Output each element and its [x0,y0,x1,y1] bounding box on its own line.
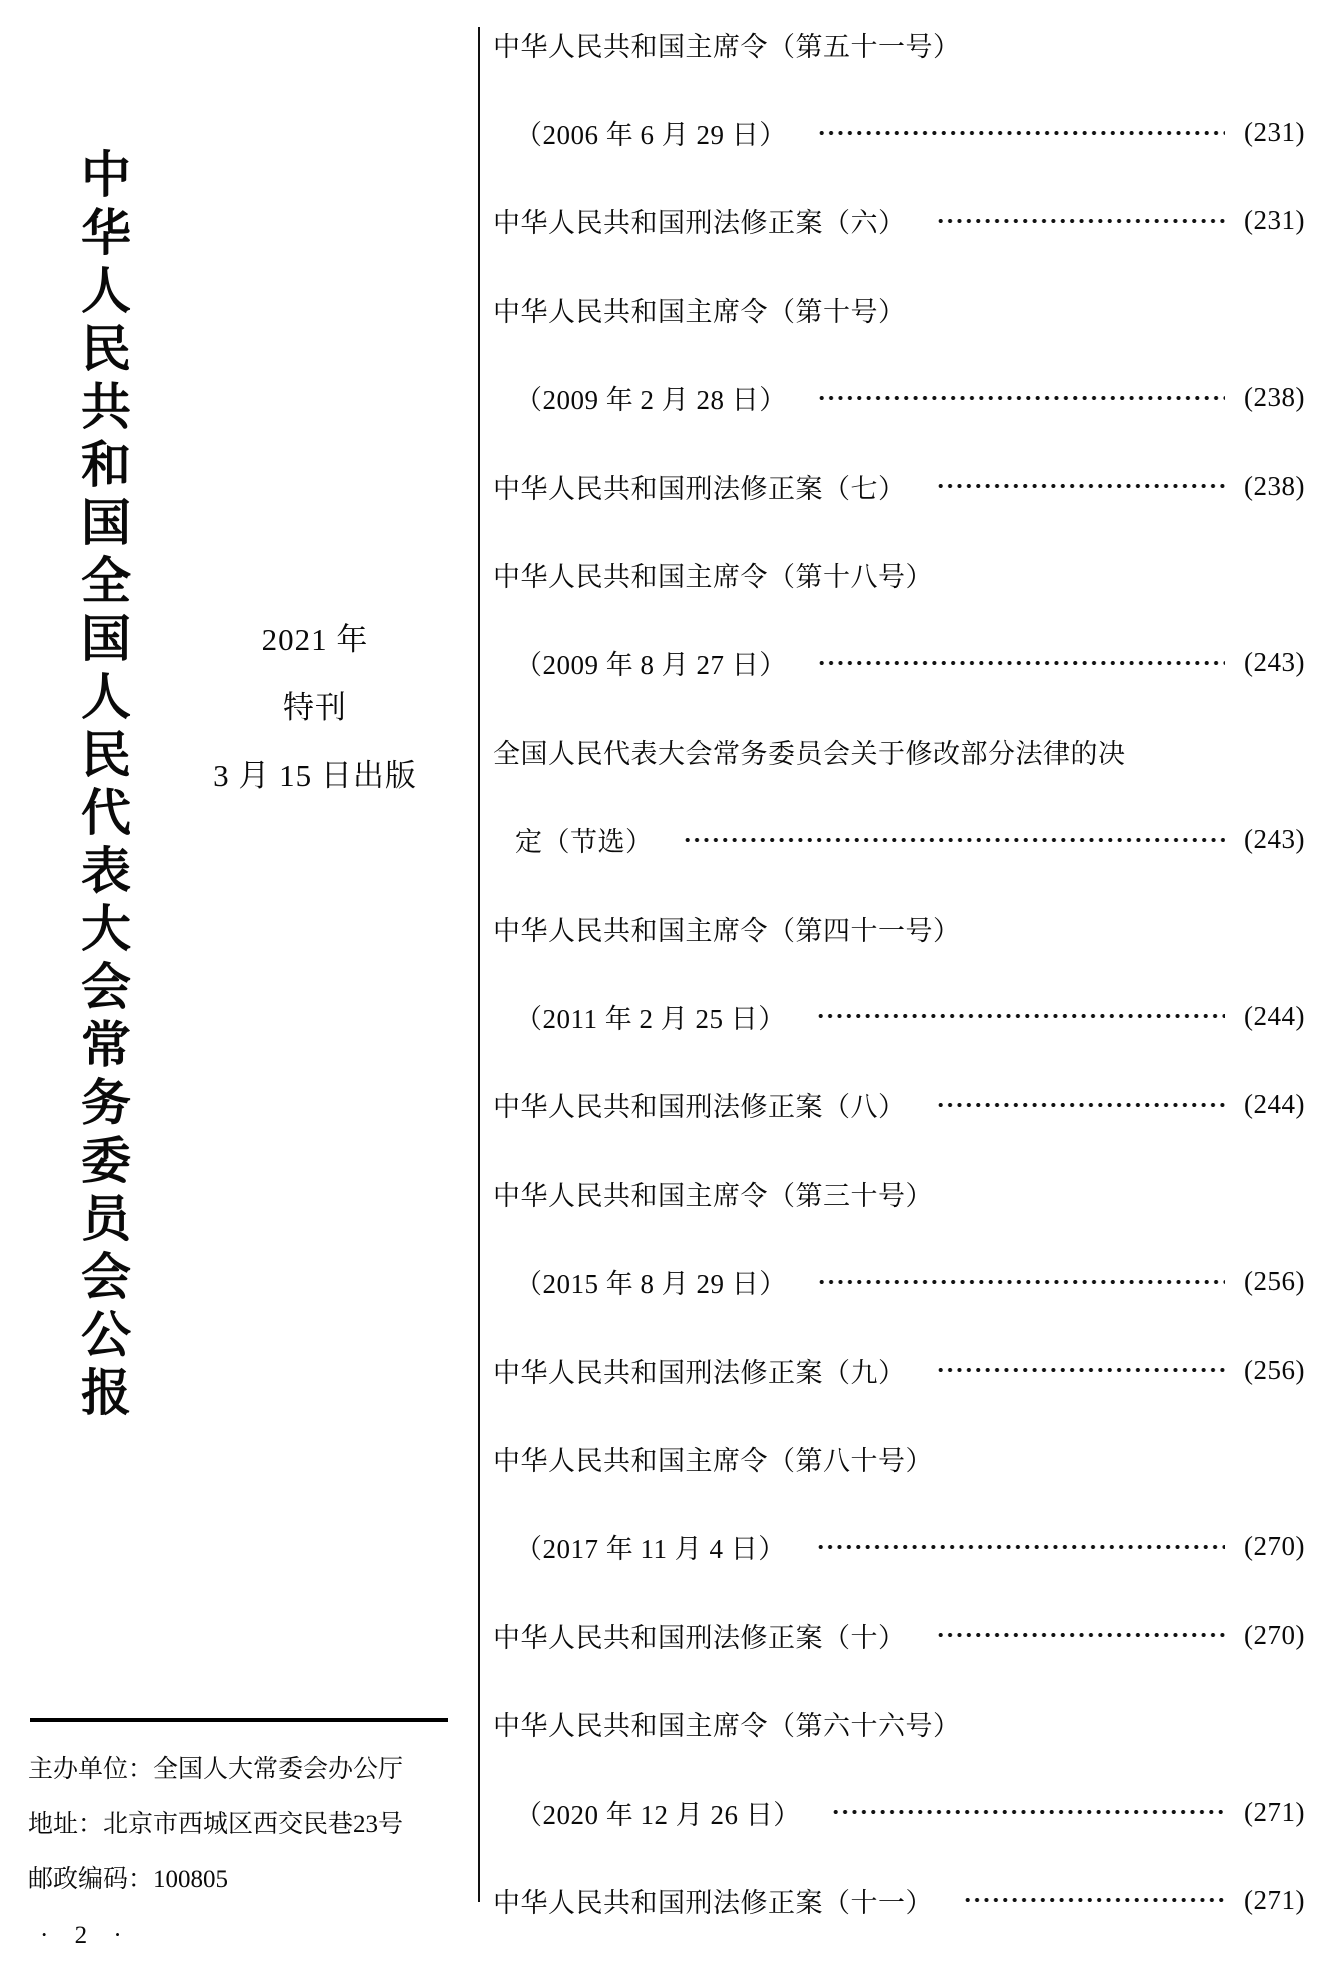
toc-entry-label: 中华人民共和国刑法修正案（十一） [493,1881,933,1920]
publisher-address: 地址：北京市西城区西交民巷23号 [28,1797,458,1852]
toc-entry-page: (270) [1239,1531,1305,1562]
toc-entry: （2009 年 8 月 27 日）(243) [493,619,1305,707]
toc-entry-page: (244) [1239,1089,1305,1120]
toc-entry-label: 中华人民共和国主席令（第十八号） [493,555,933,594]
toc-entry-page: (231) [1239,205,1305,236]
toc-entry-label: （2006 年 6 月 29 日） [515,113,787,152]
toc-entry: 中华人民共和国主席令（第六十六号） [493,1679,1305,1767]
toc-entry-label: 中华人民共和国主席令（第四十一号） [493,909,961,948]
issue-block: 2021 年 特刊 3 月 15 日出版 [190,606,440,810]
toc-entry-label: （2011 年 2 月 25 日） [515,997,786,1036]
issue-name: 特刊 [190,674,440,742]
publisher-block: 主办单位：全国人大常委会办公厅 地址：北京市西城区西交民巷23号 邮政编码：10… [28,1742,458,1907]
toc-entry-label: 中华人民共和国主席令（第五十一号） [493,25,961,64]
toc-entry-page: (243) [1239,647,1305,678]
toc-entry-label: （2020 年 12 月 26 日） [515,1793,801,1832]
toc-entry-page: (243) [1239,824,1305,855]
toc-entry-label: （2017 年 11 月 4 日） [515,1527,786,1566]
page-number: · 2 · [40,1922,132,1950]
toc-entry: （2017 年 11 月 4 日）(270) [493,1503,1305,1591]
dotted-leader [817,1279,1225,1285]
column-divider-line [478,27,480,1902]
toc-entry: 中华人民共和国主席令（第三十号） [493,1149,1305,1237]
dotted-leader [817,660,1225,666]
toc-entry-page: (231) [1239,117,1305,148]
dotted-leader [936,483,1226,489]
toc-entry: （2009 年 2 月 28 日）(238) [493,354,1305,442]
toc-entry-label: 中华人民共和国主席令（第十号） [493,290,906,329]
toc-entry: （2006 年 6 月 29 日）(231) [493,88,1305,176]
toc-entry-page: (244) [1239,1001,1305,1032]
dotted-leader [816,1013,1225,1019]
toc-list: 中华人民共和国主席令（第五十一号）（2006 年 6 月 29 日）(231)中… [493,0,1305,1945]
toc-entry-page: (270) [1239,1620,1305,1651]
toc-entry: （2015 年 8 月 29 日）(256) [493,1237,1305,1325]
dotted-leader [816,1544,1225,1550]
toc-entry: 定（节选）(243) [493,796,1305,884]
toc-entry: 中华人民共和国主席令（第八十号） [493,1414,1305,1502]
toc-entry: 中华人民共和国主席令（第四十一号） [493,884,1305,972]
toc-entry-label: （2015 年 8 月 29 日） [515,1262,787,1301]
dotted-leader [817,130,1225,136]
toc-entry-page: (238) [1239,471,1305,502]
toc-entry-label: 中华人民共和国刑法修正案（六） [493,201,906,240]
toc-entry-label: （2009 年 8 月 27 日） [515,643,787,682]
dotted-leader [817,395,1225,401]
toc-entry-page: (256) [1239,1266,1305,1297]
gazette-page: 中华人民共和国全国人民代表大会常务委员会公报 2021 年 特刊 3 月 15 … [0,0,1335,1983]
toc-entry-label: 全国人民代表大会常务委员会关于修改部分法律的决 [493,732,1126,771]
toc-entry-label: 中华人民共和国刑法修正案（十） [493,1616,906,1655]
dotted-leader [936,1632,1226,1638]
toc-entry-label: 中华人民共和国主席令（第六十六号） [493,1704,961,1743]
dotted-leader [831,1809,1225,1815]
toc-entry: 中华人民共和国刑法修正案（七）(238) [493,442,1305,530]
toc-entry: 全国人民代表大会常务委员会关于修改部分法律的决 [493,707,1305,795]
toc-entry: 中华人民共和国主席令（第十号） [493,265,1305,353]
toc-entry-page: (271) [1239,1797,1305,1828]
toc-entry-label: 中华人民共和国主席令（第三十号） [493,1174,933,1213]
dotted-leader [963,1897,1225,1903]
toc-entry: 中华人民共和国刑法修正案（十）(270) [493,1591,1305,1679]
toc-entry-page: (238) [1239,382,1305,413]
dotted-leader [936,1102,1226,1108]
toc-entry-label: 中华人民共和国刑法修正案（九） [493,1351,906,1390]
toc-entry-page: (271) [1239,1885,1305,1916]
dotted-leader [936,218,1226,224]
issue-year: 2021 年 [190,606,440,674]
toc-entry-label: 中华人民共和国主席令（第八十号） [493,1439,933,1478]
publisher-divider-rule [30,1718,448,1722]
toc-entry-label: 中华人民共和国刑法修正案（七） [493,467,906,506]
toc-entry: （2020 年 12 月 26 日）(271) [493,1768,1305,1856]
toc-entry: 中华人民共和国刑法修正案（九）(256) [493,1326,1305,1414]
masthead-title: 中华人民共和国全国人民代表大会常务委员会公报 [74,148,130,1424]
toc-entry: 中华人民共和国主席令（第十八号） [493,530,1305,618]
publisher-postcode: 邮政编码：100805 [28,1852,458,1907]
dotted-leader [936,1367,1226,1373]
toc-entry: 中华人民共和国主席令（第五十一号） [493,0,1305,88]
toc-entry-label: 定（节选） [515,820,653,859]
toc-entry: 中华人民共和国刑法修正案（八）(244) [493,1061,1305,1149]
issue-date: 3 月 15 日出版 [190,742,440,810]
toc-entry: 中华人民共和国刑法修正案（十一）(271) [493,1856,1305,1944]
toc-entry-label: （2009 年 2 月 28 日） [515,378,787,417]
publisher-organizer: 主办单位：全国人大常委会办公厅 [28,1742,458,1797]
dotted-leader [683,837,1226,843]
toc-entry: 中华人民共和国刑法修正案（六）(231) [493,177,1305,265]
toc-entry-label: 中华人民共和国刑法修正案（八） [493,1085,906,1124]
toc-entry: （2011 年 2 月 25 日）(244) [493,972,1305,1060]
toc-entry-page: (256) [1239,1355,1305,1386]
